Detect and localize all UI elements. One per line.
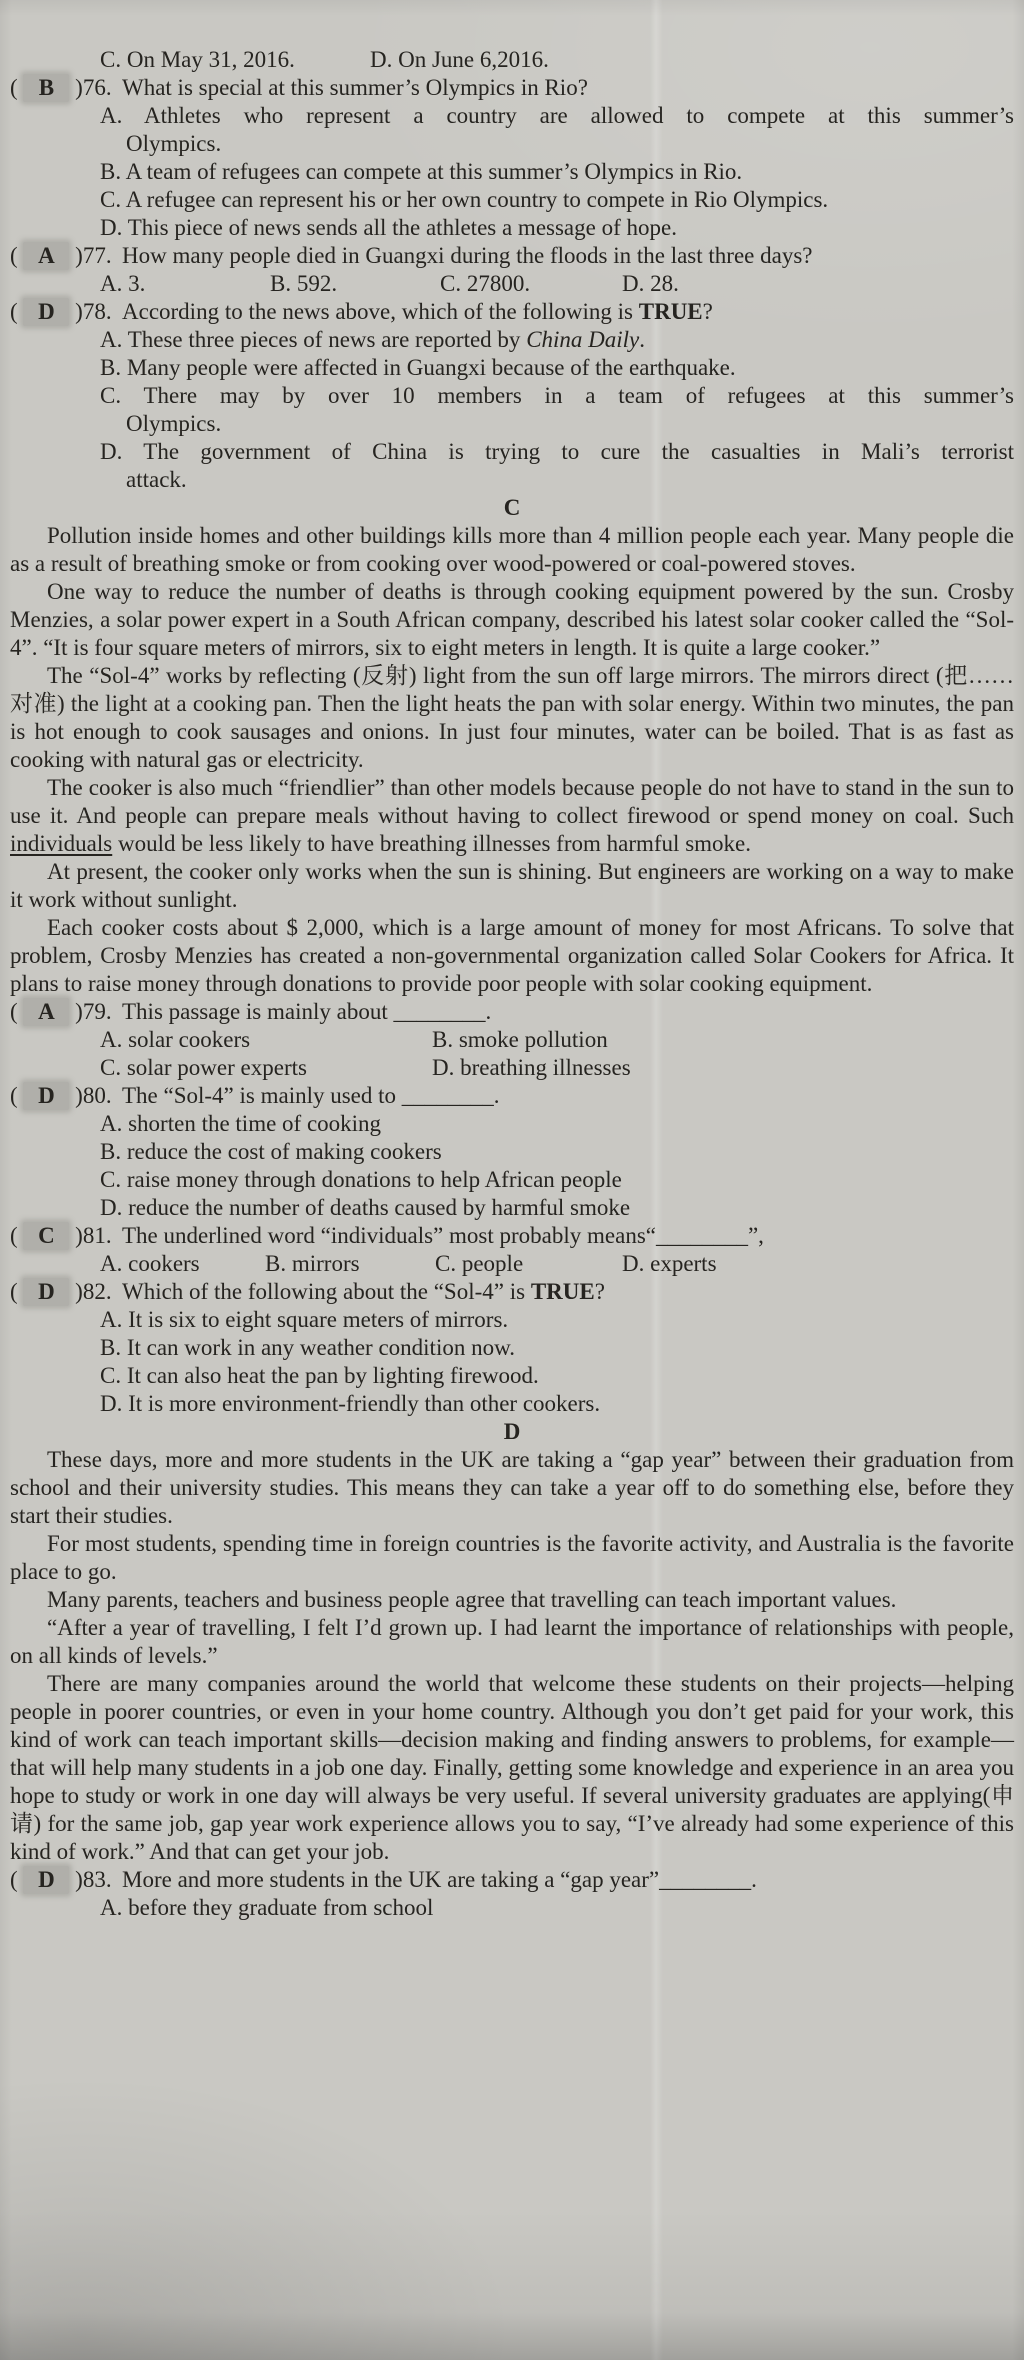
italic-title: China Daily bbox=[526, 327, 639, 352]
text-run: The cooker is also much “friendlier” tha… bbox=[10, 775, 1014, 828]
option-text: A. It is six to eight square meters of m… bbox=[100, 1307, 508, 1332]
text-run: . bbox=[639, 327, 645, 352]
text-run: would be less likely to have breathing i… bbox=[112, 831, 751, 856]
question-number: )83. bbox=[69, 1867, 111, 1892]
option-text: C. 27800. bbox=[440, 271, 530, 296]
paren-open: ( bbox=[10, 1223, 23, 1248]
text-run: A. shorten the time of cooking bbox=[100, 1111, 381, 1136]
section-label-c: C bbox=[10, 494, 1014, 522]
option-text: Olympics. bbox=[126, 411, 221, 436]
question-option-line: B. Many people were affected in Guangxi … bbox=[100, 354, 1014, 382]
question-option-line: B. It can work in any weather condition … bbox=[100, 1334, 1014, 1362]
bold-emphasis: TRUE bbox=[639, 299, 703, 324]
text-run: attack. bbox=[126, 467, 187, 492]
passage-paragraph: “After a year of travelling, I felt I’d … bbox=[10, 1614, 1014, 1670]
text-run: D. It is more environment-friendly than … bbox=[100, 1391, 600, 1416]
passage-paragraph: Each cooker costs about $ 2,000, which i… bbox=[10, 914, 1014, 998]
option-text: C. A refugee can represent his or her ow… bbox=[100, 187, 828, 212]
text-run: Which of the following about the “Sol-4”… bbox=[122, 1279, 531, 1304]
option-text: D. It is more environment-friendly than … bbox=[100, 1391, 600, 1416]
paragraph-text: For most students, spending time in fore… bbox=[10, 1531, 1014, 1584]
option-cell: A. cookers bbox=[100, 1250, 200, 1278]
text-run: C. On May 31, 2016. bbox=[100, 47, 295, 72]
option-text: A. 3. bbox=[100, 271, 145, 296]
paragraph-text: The “Sol-4” works by reflecting (反射) lig… bbox=[10, 663, 1014, 772]
passage-paragraph: These days, more and more students in th… bbox=[10, 1446, 1014, 1530]
option-text: B. reduce the cost of making cookers bbox=[100, 1139, 442, 1164]
text-run: The underlined word “individuals” most p… bbox=[122, 1223, 764, 1248]
text-run: A. 3. bbox=[100, 271, 145, 296]
question-stem: According to the news above, which of th… bbox=[122, 299, 713, 324]
question-option-line: D. reduce the number of deaths caused by… bbox=[100, 1194, 1014, 1222]
paren-open: ( bbox=[10, 1083, 23, 1108]
text-run: B. 592. bbox=[270, 271, 337, 296]
question-option-line: C. It can also heat the pan by lighting … bbox=[100, 1362, 1014, 1390]
question-prefix: ( A )77. bbox=[10, 242, 122, 270]
underlined-word: individuals bbox=[10, 831, 112, 856]
question-stem: The “Sol-4” is mainly used to ________. bbox=[122, 1083, 500, 1108]
text-run: ? bbox=[703, 299, 713, 324]
text-run: How many people died in Guangxi during t… bbox=[122, 243, 812, 268]
question-stem: More and more students in the UK are tak… bbox=[122, 1867, 757, 1892]
option-cell: A. 3. bbox=[100, 270, 145, 298]
option-text: C. raise money through donations to help… bbox=[100, 1167, 622, 1192]
option-text: C. There may by over 10 members in a tea… bbox=[100, 383, 1014, 408]
passage-paragraph: Many parents, teachers and business peop… bbox=[10, 1586, 1014, 1614]
text-run: For most students, spending time in fore… bbox=[10, 1531, 1014, 1584]
option-text: A. shorten the time of cooking bbox=[100, 1111, 381, 1136]
paragraph-text: One way to reduce the number of deaths i… bbox=[10, 579, 1014, 660]
question-prefix: ( A )79. bbox=[10, 998, 122, 1026]
question-prefix: ( D )82. bbox=[10, 1278, 122, 1306]
option-text: B. mirrors bbox=[265, 1251, 360, 1276]
text-run: One way to reduce the number of deaths i… bbox=[10, 579, 1014, 660]
question-number: )82. bbox=[69, 1279, 111, 1304]
option-cell: D. 28. bbox=[622, 270, 679, 298]
text-run: The “Sol-4” works by reflecting (反射) lig… bbox=[10, 663, 1014, 772]
options-row: C. solar power expertsD. breathing illne… bbox=[10, 1054, 1014, 1082]
question-77: ( A )77.How many people died in Guangxi … bbox=[10, 242, 1014, 270]
answer-badge-81: C bbox=[23, 1222, 69, 1250]
options-row: A. 3.B. 592.C. 27800.D. 28. bbox=[10, 270, 1014, 298]
text-run: C. solar power experts bbox=[100, 1055, 307, 1080]
question-option-line: B. reduce the cost of making cookers bbox=[100, 1138, 1014, 1166]
text-run: B. It can work in any weather condition … bbox=[100, 1335, 515, 1360]
option-text: B. A team of refugees can compete at thi… bbox=[100, 159, 742, 184]
option-cell: B. smoke pollution bbox=[432, 1026, 608, 1054]
question-option-line: A. before they graduate from school bbox=[100, 1894, 1014, 1922]
option-text: D. On June 6,2016. bbox=[370, 47, 549, 72]
text-run: What is special at this summer’s Olympic… bbox=[122, 75, 588, 100]
answer-badge-80: D bbox=[23, 1082, 69, 1110]
options-row: A. cookersB. mirrorsC. peopleD. experts bbox=[10, 1250, 1014, 1278]
option-text: D. reduce the number of deaths caused by… bbox=[100, 1195, 630, 1220]
question-option-line: D. It is more environment-friendly than … bbox=[100, 1390, 1014, 1418]
option-text: B. 592. bbox=[270, 271, 337, 296]
text-run: B. reduce the cost of making cookers bbox=[100, 1139, 442, 1164]
text-run: C. 27800. bbox=[440, 271, 530, 296]
paren-open: ( bbox=[10, 1279, 23, 1304]
option-cell: C. people bbox=[435, 1250, 523, 1278]
question-number: )79. bbox=[69, 999, 111, 1024]
paragraph-text: “After a year of travelling, I felt I’d … bbox=[10, 1615, 1014, 1668]
text-run: B. Many people were affected in Guangxi … bbox=[100, 355, 736, 380]
question-prefix: ( C )81. bbox=[10, 1222, 122, 1250]
passage-paragraph: For most students, spending time in fore… bbox=[10, 1530, 1014, 1586]
question-option-line: C. raise money through donations to help… bbox=[100, 1166, 1014, 1194]
answer-badge-76: B bbox=[23, 74, 69, 102]
paren-open: ( bbox=[10, 1867, 23, 1892]
question-stem: This passage is mainly about ________. bbox=[122, 999, 491, 1024]
question-80: ( D )80.The “Sol-4” is mainly used to __… bbox=[10, 1082, 1014, 1110]
question-option-line: A. Athletes who represent a country are … bbox=[100, 102, 1014, 130]
option-text: A. solar cookers bbox=[100, 1027, 250, 1052]
question-number: )76. bbox=[69, 75, 111, 100]
text-run: ? bbox=[595, 1279, 605, 1304]
text-run: C. raise money through donations to help… bbox=[100, 1167, 622, 1192]
paren-open: ( bbox=[10, 75, 23, 100]
text-run: A. before they graduate from school bbox=[100, 1895, 433, 1920]
question-prefix: ( D )83. bbox=[10, 1866, 122, 1894]
text-run: D. On June 6,2016. bbox=[370, 47, 549, 72]
text-run: C. It can also heat the pan by lighting … bbox=[100, 1363, 539, 1388]
text-run: According to the news above, which of th… bbox=[122, 299, 639, 324]
options-row: C. On May 31, 2016.D. On June 6,2016. bbox=[10, 46, 1014, 74]
paragraph-text: The cooker is also much “friendlier” tha… bbox=[10, 775, 1014, 856]
answer-badge-83: D bbox=[23, 1866, 69, 1894]
option-text: D. breathing illnesses bbox=[432, 1055, 631, 1080]
question-number: )77. bbox=[69, 243, 111, 268]
question-number: )78. bbox=[69, 299, 111, 324]
text-run: “After a year of travelling, I felt I’d … bbox=[10, 1615, 1014, 1668]
question-78: ( D )78.According to the news above, whi… bbox=[10, 298, 1014, 326]
passage-paragraph: There are many companies around the worl… bbox=[10, 1670, 1014, 1866]
question-stem: How many people died in Guangxi during t… bbox=[122, 243, 812, 268]
option-cell: C. On May 31, 2016. bbox=[100, 46, 295, 74]
paragraph-text: These days, more and more students in th… bbox=[10, 1447, 1014, 1528]
question-option-line: attack. bbox=[126, 466, 1014, 494]
text-run: A. Athletes who represent a country are … bbox=[100, 103, 1014, 128]
question-option-line: C. There may by over 10 members in a tea… bbox=[100, 382, 1014, 410]
question-82: ( D )82.Which of the following about the… bbox=[10, 1278, 1014, 1306]
text-run: D. This piece of news sends all the athl… bbox=[100, 215, 677, 240]
text-run: The “Sol-4” is mainly used to ________. bbox=[122, 1083, 500, 1108]
text-run: C. A refugee can represent his or her ow… bbox=[100, 187, 828, 212]
text-run: A. It is six to eight square meters of m… bbox=[100, 1307, 508, 1332]
text-run: Olympics. bbox=[126, 411, 221, 436]
question-83: ( D )83.More and more students in the UK… bbox=[10, 1866, 1014, 1894]
answer-badge-77: A bbox=[23, 242, 69, 270]
option-cell: A. solar cookers bbox=[100, 1026, 250, 1054]
question-option-line: A. These three pieces of news are report… bbox=[100, 326, 1014, 354]
option-text: C. It can also heat the pan by lighting … bbox=[100, 1363, 539, 1388]
option-text: C. people bbox=[435, 1251, 523, 1276]
text-run: These days, more and more students in th… bbox=[10, 1447, 1014, 1528]
option-text: D. This piece of news sends all the athl… bbox=[100, 215, 677, 240]
option-text: Olympics. bbox=[126, 131, 221, 156]
option-text: C. solar power experts bbox=[100, 1055, 307, 1080]
answer-badge-82: D bbox=[23, 1278, 69, 1306]
question-prefix: ( B )76. bbox=[10, 74, 122, 102]
question-81: ( C )81.The underlined word “individuals… bbox=[10, 1222, 1014, 1250]
text-run: At present, the cooker only works when t… bbox=[10, 859, 1014, 912]
question-stem: What is special at this summer’s Olympic… bbox=[122, 75, 588, 100]
exam-page-content: C. On May 31, 2016.D. On June 6,2016.( B… bbox=[0, 0, 1024, 1922]
option-text: A. These three pieces of news are report… bbox=[100, 327, 645, 352]
text-run: C. There may by over 10 members in a tea… bbox=[100, 383, 1014, 408]
text-run: Each cooker costs about $ 2,000, which i… bbox=[10, 915, 1014, 996]
option-text: D. experts bbox=[622, 1251, 717, 1276]
question-option-line: C. A refugee can represent his or her ow… bbox=[100, 186, 1014, 214]
text-run: A. solar cookers bbox=[100, 1027, 250, 1052]
text-run: B. smoke pollution bbox=[432, 1027, 608, 1052]
text-run: A. cookers bbox=[100, 1251, 200, 1276]
section-label-d: D bbox=[10, 1418, 1014, 1446]
paragraph-text: Pollution inside homes and other buildin… bbox=[10, 523, 1014, 576]
text-run: C. people bbox=[435, 1251, 523, 1276]
question-option-line: D. This piece of news sends all the athl… bbox=[100, 214, 1014, 242]
text-run: B. mirrors bbox=[265, 1251, 360, 1276]
paren-open: ( bbox=[10, 999, 23, 1024]
text-run: Many parents, teachers and business peop… bbox=[47, 1587, 896, 1612]
option-cell: D. breathing illnesses bbox=[432, 1054, 631, 1082]
paren-open: ( bbox=[10, 299, 23, 324]
question-79: ( A )79.This passage is mainly about ___… bbox=[10, 998, 1014, 1026]
option-cell: B. 592. bbox=[270, 270, 337, 298]
passage-paragraph: One way to reduce the number of deaths i… bbox=[10, 578, 1014, 662]
text-run: More and more students in the UK are tak… bbox=[122, 1867, 757, 1892]
question-prefix: ( D )80. bbox=[10, 1082, 122, 1110]
paragraph-text: There are many companies around the worl… bbox=[10, 1671, 1014, 1864]
paragraph-text: Many parents, teachers and business peop… bbox=[47, 1587, 896, 1612]
text-run: This passage is mainly about ________. bbox=[122, 999, 491, 1024]
text-run: D. breathing illnesses bbox=[432, 1055, 631, 1080]
option-text: A. Athletes who represent a country are … bbox=[100, 103, 1014, 128]
answer-badge-79: A bbox=[23, 998, 69, 1026]
passage-paragraph: Pollution inside homes and other buildin… bbox=[10, 522, 1014, 578]
question-option-line: Olympics. bbox=[126, 130, 1014, 158]
text-run: Pollution inside homes and other buildin… bbox=[10, 523, 1014, 576]
text-run: Olympics. bbox=[126, 131, 221, 156]
question-number: )81. bbox=[69, 1223, 111, 1248]
question-stem: Which of the following about the “Sol-4”… bbox=[122, 1279, 605, 1304]
scanned-exam-page: C. On May 31, 2016.D. On June 6,2016.( B… bbox=[0, 0, 1024, 2360]
text-run: D. The government of China is trying to … bbox=[100, 439, 1014, 464]
paren-open: ( bbox=[10, 243, 23, 268]
text-run: B. A team of refugees can compete at thi… bbox=[100, 159, 742, 184]
text-run: There are many companies around the worl… bbox=[10, 1671, 1014, 1864]
option-text: B. It can work in any weather condition … bbox=[100, 1335, 515, 1360]
option-cell: C. 27800. bbox=[440, 270, 530, 298]
bold-emphasis: TRUE bbox=[531, 1279, 595, 1304]
option-text: B. Many people were affected in Guangxi … bbox=[100, 355, 736, 380]
question-option-line: Olympics. bbox=[126, 410, 1014, 438]
paragraph-text: Each cooker costs about $ 2,000, which i… bbox=[10, 915, 1014, 996]
option-text: D. 28. bbox=[622, 271, 679, 296]
option-text: C. On May 31, 2016. bbox=[100, 47, 295, 72]
question-76: ( B )76.What is special at this summer’s… bbox=[10, 74, 1014, 102]
question-stem: The underlined word “individuals” most p… bbox=[122, 1223, 764, 1248]
paragraph-text: At present, the cooker only works when t… bbox=[10, 859, 1014, 912]
option-cell: D. On June 6,2016. bbox=[370, 46, 549, 74]
option-text: D. The government of China is trying to … bbox=[100, 439, 1014, 464]
passage-paragraph: The “Sol-4” works by reflecting (反射) lig… bbox=[10, 662, 1014, 774]
question-option-line: A. It is six to eight square meters of m… bbox=[100, 1306, 1014, 1334]
question-option-line: A. shorten the time of cooking bbox=[100, 1110, 1014, 1138]
text-run: D. 28. bbox=[622, 271, 679, 296]
text-run: A. These three pieces of news are report… bbox=[100, 327, 526, 352]
passage-paragraph: The cooker is also much “friendlier” tha… bbox=[10, 774, 1014, 858]
option-text: A. before they graduate from school bbox=[100, 1895, 433, 1920]
options-row: A. solar cookersB. smoke pollution bbox=[10, 1026, 1014, 1054]
question-option-line: B. A team of refugees can compete at thi… bbox=[100, 158, 1014, 186]
option-text: B. smoke pollution bbox=[432, 1027, 608, 1052]
question-number: )80. bbox=[69, 1083, 111, 1108]
option-cell: C. solar power experts bbox=[100, 1054, 307, 1082]
text-run: D. reduce the number of deaths caused by… bbox=[100, 1195, 630, 1220]
answer-badge-78: D bbox=[23, 298, 69, 326]
text-run: D. experts bbox=[622, 1251, 717, 1276]
question-prefix: ( D )78. bbox=[10, 298, 122, 326]
passage-paragraph: At present, the cooker only works when t… bbox=[10, 858, 1014, 914]
option-text: attack. bbox=[126, 467, 187, 492]
option-cell: B. mirrors bbox=[265, 1250, 360, 1278]
question-option-line: D. The government of China is trying to … bbox=[100, 438, 1014, 466]
option-cell: D. experts bbox=[622, 1250, 717, 1278]
option-text: A. cookers bbox=[100, 1251, 200, 1276]
